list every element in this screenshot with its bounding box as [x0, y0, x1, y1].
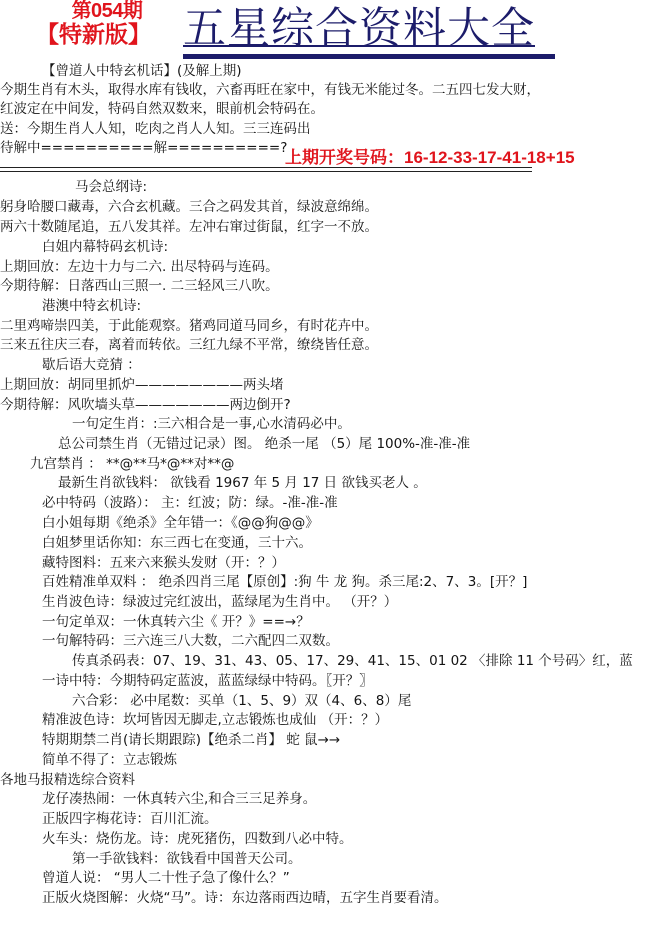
issue-number: 第054期 — [57, 0, 157, 22]
text-line: 二里鸡啼崇四美，于此能观察。猪鸡同道马同乡，有时花卉中。 — [0, 317, 378, 335]
text-line: 一句解特码：三六连三八大数，二六配四二双数。 — [42, 632, 339, 650]
text-line: 特期期禁二肖(请长期跟踪)【绝杀二肖】 蛇 鼠→→ — [42, 731, 340, 749]
text-line: 六合彩： 必中尾数：买单（1、5、9）双（4、6、8）尾 — [72, 692, 411, 710]
text-line: 白姐梦里话你知：东三西七在变通，三十六。 — [42, 534, 312, 552]
text-line: 必中特码（波路）： 主：红波；防：绿。-准-准-准 — [42, 494, 338, 512]
text-line: 待解中==========解==========? — [0, 139, 287, 157]
text-line: 百姓精准单双料 ： 绝杀四肖三尾【原创】:狗 牛 龙 狗。杀三尾:2、7、3。[… — [42, 573, 527, 591]
text-line: 今期待解：日落西山三照一. 二三轻风三八吹。 — [0, 277, 279, 295]
text-line: 一诗中特：今期特码定蓝波，蓝蓝绿绿中特码。〖开？〗 — [42, 672, 373, 690]
text-line: 最新生肖欲钱料： 欲钱看 1967 年 5 月 17 日 欲钱买老人 。 — [58, 474, 427, 492]
text-line: 送：今期生肖人人知，吃肉之肖人人知。三三连码出 — [0, 120, 311, 138]
text-line: 马会总纲诗: — [75, 178, 147, 196]
text-line: 简单不得了：立志锻炼 — [42, 751, 177, 769]
text-line: 歇后语大竞猜 ： — [42, 356, 141, 374]
text-line: 两六十数随尾追，五八发其祥。左冲右窜过街鼠，红字一不放。 — [0, 218, 378, 236]
text-line: 总公司禁生肖（无错过记录）图。 绝杀一尾 （5）尾 100%-准-准-准 — [58, 435, 470, 453]
text-line: 精准波色诗：坎坷皆因无脚走,立志锻炼也成仙 （开：？） — [42, 711, 388, 729]
text-line: 正版四字梅花诗：百川汇流。 — [42, 810, 218, 828]
text-line: 第一手欲钱料：欲钱看中国普天公司。 — [72, 850, 302, 868]
text-line: 今期待解：风吹墙头草———————两边倒开? — [0, 396, 291, 414]
text-line: 躬身哈腰口藏毒，六合玄机藏。三合之码发其首，绿波意绵绵。 — [0, 198, 378, 216]
text-line: 一句定生肖：:三六相合是一事,心水清码必中。 — [72, 415, 351, 433]
text-line: 龙仔凑热闹：一休真转六尘,和合三三足养身。 — [42, 790, 316, 808]
double-line-divider — [0, 167, 532, 172]
text-line: 藏特图料：五来六来猴头发财（开：？） — [42, 554, 285, 572]
text-line: 一句定单双：一休真转六尘《 开？》==→？ — [42, 613, 310, 631]
title-underline-divider — [183, 54, 555, 59]
text-line: 正版火烧图解：火烧“马”。诗：东边落雨西边晴，五字生肖要看清。 — [42, 889, 448, 907]
text-line: 生肖波色诗：绿波过完红波出，蓝绿尾为生肖中。 （开？） — [42, 593, 397, 611]
text-line: 红波定在中间发，特码自然双数来，眼前机会特码在。 — [0, 100, 324, 118]
text-line: 上期回放：左边十力与二六. 出尽特码与连码。 — [0, 258, 279, 276]
text-line: 上期回放：胡同里抓炉————————两头堵 — [0, 376, 284, 394]
text-line: 曾道人说： “男人二十性子急了像什么？” — [42, 869, 290, 887]
page-title: 五星综合资料大全 — [183, 4, 535, 54]
text-line: 传真杀码表：07、19、31、43、05、17、29、41、15、01 02 〈… — [72, 652, 633, 670]
text-line: 【曾道人中特玄机话】(及解上期) — [42, 62, 242, 80]
text-line: 三来五往庆三春，离着而转依。三红九绿不平常，缭绕皆任意。 — [0, 336, 378, 354]
text-line: 港澳中特玄机诗: — [42, 297, 141, 315]
text-line: 各地马报精选综合资料 — [0, 771, 135, 789]
text-line: 九宫禁肖 ： **@**马*@**对**@ — [30, 455, 234, 473]
text-line: 白姐内幕特码玄机诗: — [42, 238, 168, 256]
text-line: 火车头：烧伤龙。诗：虎死猪伤，四数到八必中特。 — [42, 830, 353, 848]
text-line: 今期生肖有木头，取得水库有钱收，六畜再旺在家中，有钱无米能过冬。二五四七发大财， — [0, 81, 540, 99]
edition-label: 【特新版】 — [36, 22, 151, 48]
last-draw-numbers: 上期开奖号码：16-12-33-17-41-18+15 — [285, 148, 575, 168]
text-line: 白小姐每期《绝杀》全年错一：《@@狗@@》 — [42, 514, 319, 532]
